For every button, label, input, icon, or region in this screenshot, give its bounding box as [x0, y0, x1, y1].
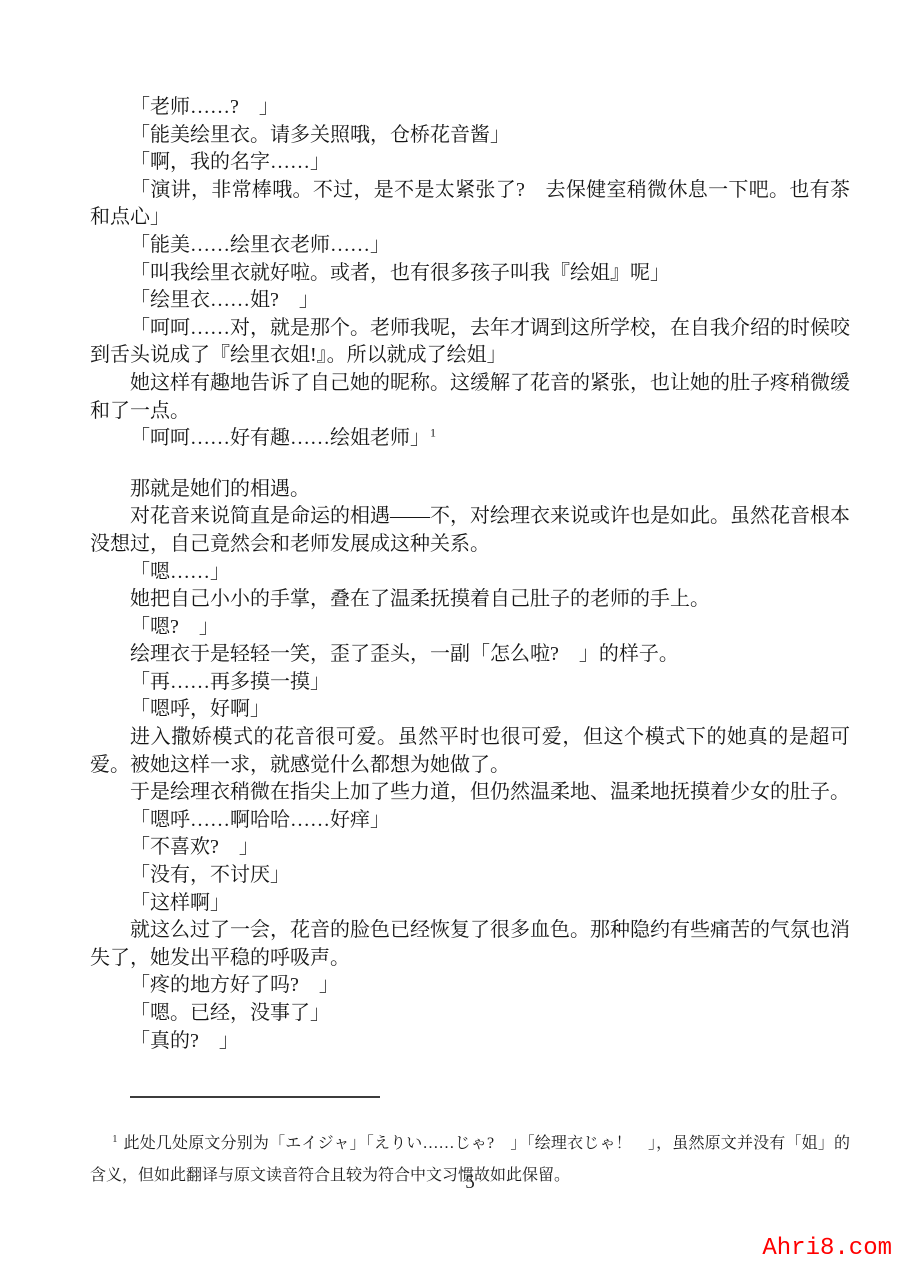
- dialogue-line: 「呵呵……对，就是那个。老师我呢，去年才调到这所学校，在自我介绍的时候咬到舌头说…: [90, 315, 850, 370]
- dialogue-text: 「呵呵……好有趣……绘姐老师」: [130, 427, 430, 449]
- page-number: 5: [90, 1172, 850, 1194]
- footnote-divider: [130, 1096, 380, 1098]
- footnote-marker: 1: [112, 1134, 117, 1145]
- narration-line: 就这么过了一会，花音的脸色已经恢复了很多血色。那种隐约有些痛苦的气氛也消失了，她…: [90, 917, 850, 972]
- dialogue-line: 「绘里衣……姐? 」: [90, 287, 850, 315]
- dialogue-line: 「演讲，非常棒哦。不过，是不是太紧张了? 去保健室稍微休息一下吧。也有茶和点心」: [90, 177, 850, 232]
- dialogue-line: 「真的? 」: [90, 1028, 850, 1056]
- dialogue-line: 「嗯……」: [90, 559, 850, 587]
- dialogue-line: 「这样啊」: [90, 890, 850, 918]
- dialogue-line: 「嗯呼……啊哈哈……好痒」: [90, 807, 850, 835]
- dialogue-line: 「不喜欢? 」: [90, 834, 850, 862]
- dialogue-line: 「嗯? 」: [90, 614, 850, 642]
- narration-line: 进入撒娇模式的花音很可爱。虽然平时也很可爱，但这个模式下的她真的是超可爱。被她这…: [90, 724, 850, 779]
- dialogue-line: 「能美绘里衣。请多关照哦，仓桥花音酱」: [90, 122, 850, 150]
- narration-line: 于是绘理衣稍微在指尖上加了些力道，但仍然温柔地、温柔地抚摸着少女的肚子。: [90, 779, 850, 807]
- narration-line: 对花音来说简直是命运的相遇——不，对绘理衣来说或许也是如此。虽然花音根本没想过，…: [90, 503, 850, 558]
- document-page: 「老师……? 」 「能美绘里衣。请多关照哦，仓桥花音酱」 「啊，我的名字……」 …: [0, 0, 900, 1271]
- dialogue-line-with-footnote-ref: 「呵呵……好有趣……绘姐老师」1: [90, 425, 850, 453]
- narration-line: 那就是她们的相遇。: [90, 476, 850, 504]
- dialogue-line: 「能美……绘里衣老师……」: [90, 232, 850, 260]
- dialogue-line: 「再……再多摸一摸」: [90, 669, 850, 697]
- novel-text-block: 「老师……? 」 「能美绘里衣。请多关照哦，仓桥花音酱」 「啊，我的名字……」 …: [90, 94, 850, 1055]
- narration-line: 她这样有趣地告诉了自己她的昵称。这缓解了花音的紧张，也让她的肚子疼稍微缓和了一点…: [90, 370, 850, 425]
- narration-line: 她把自己小小的手掌，叠在了温柔抚摸着自己肚子的老师的手上。: [90, 586, 850, 614]
- narration-line: 绘理衣于是轻轻一笑，歪了歪头，一副「怎么啦? 」的样子。: [90, 641, 850, 669]
- dialogue-line: 「老师……? 」: [90, 94, 850, 122]
- dialogue-line: 「疼的地方好了吗? 」: [90, 972, 850, 1000]
- footnote-reference: 1: [430, 425, 436, 439]
- dialogue-line: 「没有，不讨厌」: [90, 862, 850, 890]
- dialogue-line: 「嗯呼，好啊」: [90, 696, 850, 724]
- watermark: Ahri8.com: [762, 1235, 892, 1262]
- dialogue-line: 「啊，我的名字……」: [90, 149, 850, 177]
- dialogue-line: 「嗯。已经，没事了」: [90, 1000, 850, 1028]
- dialogue-line: 「叫我绘里衣就好啦。或者，也有很多孩子叫我『绘姐』呢」: [90, 260, 850, 288]
